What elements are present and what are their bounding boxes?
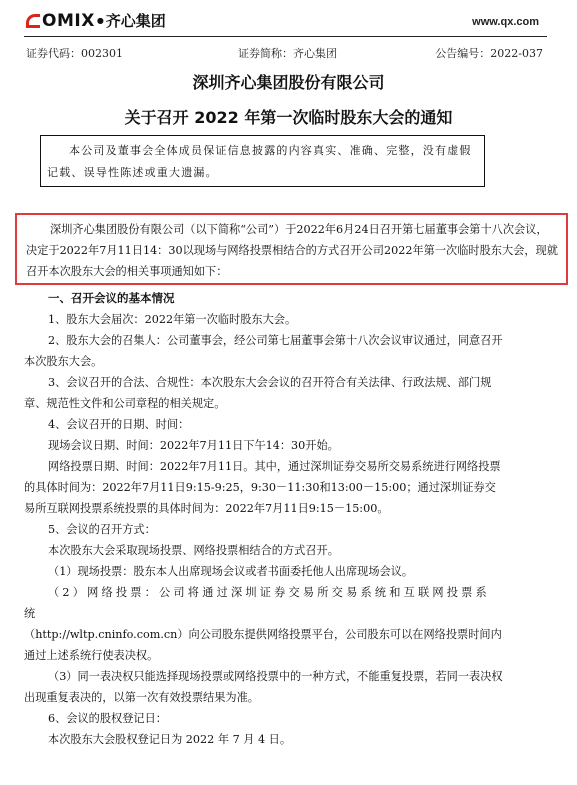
list-item: 6、会议的股权登记日： xyxy=(24,708,504,729)
list-item: 现场会议日期、时间：2022年7月11日下午14：30开始。 xyxy=(24,435,504,456)
company-title: 深圳齐心集团股份有限公司 xyxy=(0,70,577,93)
page-header: OMIX ● 齐心集团 www.qx.com xyxy=(24,6,547,37)
list-item: 5、会议的召开方式： xyxy=(24,519,504,540)
comix-logo: OMIX ● 齐心集团 xyxy=(26,10,166,31)
stock-name: 证券简称：齐心集团 xyxy=(238,45,337,61)
section-title: 一、召开会议的基本情况 xyxy=(24,288,504,309)
document-body: 一、召开会议的基本情况 1、股东大会届次：2022年第一次临时股东大会。 2、股… xyxy=(24,288,504,750)
list-item: 本次股东大会股权登记日为 2022 年 7 月 4 日。 xyxy=(24,729,504,750)
list-item: 3、会议召开的合法、合规性：本次股东大会会议的召开符合有关法律、行政法规、部门规… xyxy=(24,372,504,414)
logo-word: OMIX xyxy=(42,12,95,30)
intro-paragraph: 深圳齐心集团股份有限公司（以下简称“公司”）于2022年6月24日召开第七届董事… xyxy=(26,219,558,282)
logo-dot-icon: ● xyxy=(97,16,104,25)
list-item: 4、会议召开的日期、时间： xyxy=(24,414,504,435)
notice-meta-row: 证券代码：002301 证券简称：齐心集团 公告编号：2022-037 xyxy=(24,45,547,61)
intro-highlight-box: 深圳齐心集团股份有限公司（以下简称“公司”）于2022年6月24日召开第七届董事… xyxy=(15,213,568,285)
list-item: 1、股东大会届次：2022年第一次临时股东大会。 xyxy=(24,309,504,330)
list-item: 本次股东大会采取现场投票、网络投票相结合的方式召开。 xyxy=(24,540,504,561)
notice-number: 公告编号：2022-037 xyxy=(435,45,543,61)
disclaimer-text: 本公司及董事会全体成员保证信息披露的内容真实、准确、完整，没有虚假记载、误导性陈… xyxy=(47,144,472,179)
notice-title: 关于召开 2022 年第一次临时股东大会的通知 xyxy=(0,105,577,128)
website-url: www.qx.com xyxy=(472,16,539,28)
stock-code: 证券代码：002301 xyxy=(26,45,123,61)
list-item-continuation: （http://wltp.cninfo.com.cn）向公司股东提供网络投票平台… xyxy=(24,624,504,666)
list-item: （2）网络投票：公司将通过深圳证券交易所交易系统和互联网投票系统 xyxy=(24,582,504,624)
disclaimer-box: 本公司及董事会全体成员保证信息披露的内容真实、准确、完整，没有虚假记载、误导性陈… xyxy=(40,135,485,187)
list-item: 网络投票日期、时间：2022年7月11日。其中，通过深圳证券交易所交易系统进行网… xyxy=(24,456,504,519)
list-item: 2、股东大会的召集人：公司董事会，经公司第七届董事会第十八次会议审议通过，同意召… xyxy=(24,330,504,372)
list-item: （3）同一表决权只能选择现场投票或网络投票中的一种方式，不能重复投票，若同一表决… xyxy=(24,666,504,708)
logo-chinese-name: 齐心集团 xyxy=(106,10,166,31)
list-item: （1）现场投票：股东本人出席现场会议或者书面委托他人出席现场会议。 xyxy=(24,561,504,582)
logo-c-mark-icon xyxy=(26,14,40,28)
